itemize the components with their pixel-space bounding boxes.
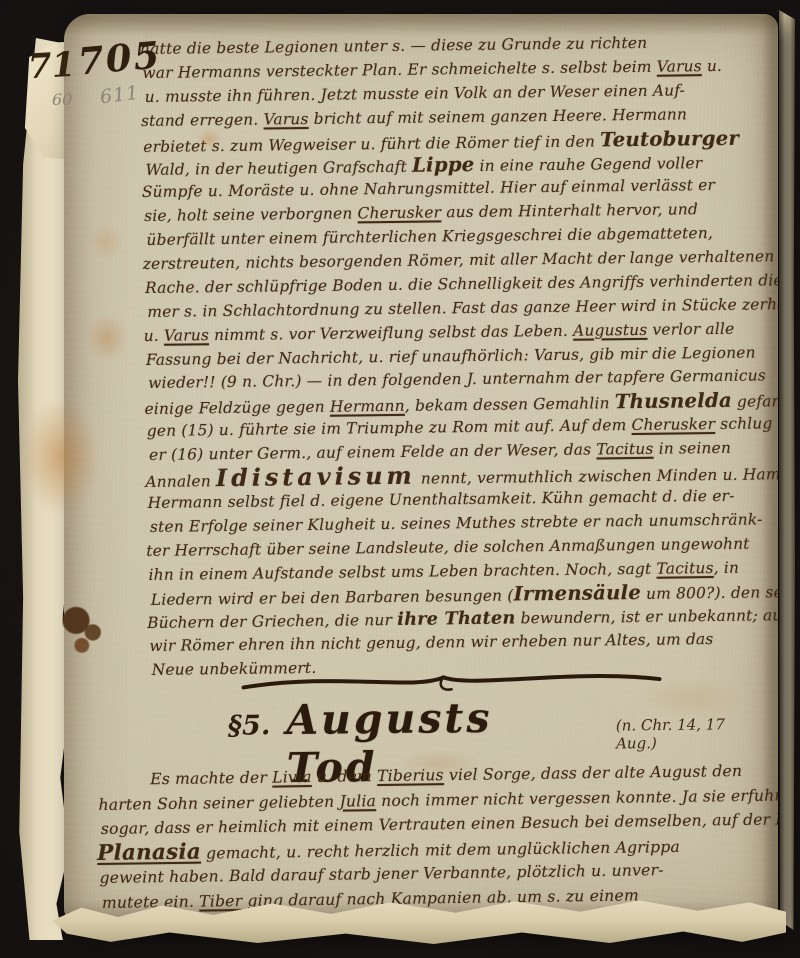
manuscript-line-segment: , in <box>714 558 740 576</box>
next-page-edge-right <box>779 10 795 930</box>
underpage-number-ink: 71 <box>27 45 76 87</box>
manuscript-line-segment: er (16) unter Germ., auf einem Felde an … <box>149 441 596 464</box>
manuscript-line-segment: Tacitus <box>596 440 653 459</box>
manuscript-line-segment: noch immer nicht vergessen konnte. Ja si… <box>376 786 778 810</box>
manuscript-line-segment: Wald, in der heutigen Grafschaft <box>146 158 413 179</box>
manuscript-line-segment: Tiberius <box>377 766 444 785</box>
manuscript-line-segment: Tiber <box>199 891 242 910</box>
photo-background: 71 60 705 611 hatte die beste Legionen u… <box>0 0 800 958</box>
manuscript-line-segment: gefan- <box>732 393 778 412</box>
manuscript-line-segment: Varus <box>657 57 702 76</box>
manuscript-line-segment: Idistavisum <box>216 462 416 492</box>
manuscript-line-segment: um 800?). den sehr <box>641 583 778 603</box>
manuscript-line-segment: hatte die beste Legionen unter s. — dies… <box>140 34 647 58</box>
page-number-pencil: 611 <box>99 82 141 109</box>
manuscript-line-segment: Sümpfe u. Moräste u. ohne Nahrungsmittel… <box>142 176 715 201</box>
manuscript-line-segment: Teutoburger <box>600 125 739 151</box>
manuscript-line-segment: ihn in einem Aufstande selbst ums Leben … <box>148 559 656 583</box>
manuscript-line-segment: viel Sorge, dass der alte August den <box>444 762 743 784</box>
manuscript-page: 705 611 hatte die beste Legionen unter s… <box>64 14 778 926</box>
manuscript-line-segment: in seinen <box>653 439 731 458</box>
manuscript-line-segment: Planasia <box>97 839 201 865</box>
manuscript-line-segment: stand erregen. <box>141 110 264 129</box>
manuscript-line-segment: wir Römer ehren ihn nicht genug, denn wi… <box>149 630 713 655</box>
manuscript-line-segment: in eine rauhe Gegend voller <box>474 155 702 176</box>
manuscript-line-segment: bricht auf mit seinem ganzen Heere. Herm… <box>308 105 687 128</box>
heading-section-number: §5. <box>228 710 271 741</box>
manuscript-line-segment: harten Sohn seiner geliebten <box>98 792 339 813</box>
manuscript-line-segment: ging darauf nach Kampanien ab, um s. zu … <box>242 886 639 910</box>
manuscript-line-segment: zerstreuten, nichts besorgenden Römer, m… <box>143 247 775 273</box>
manuscript-line-segment: Es machte der <box>150 769 272 789</box>
manuscript-line-segment: gen (15) u. führte sie im Triumphe zu Ro… <box>147 416 632 440</box>
manuscript-line-segment: war Hermanns versteckter Plan. Er schmei… <box>142 58 657 82</box>
manuscript-line-segment: u. dem <box>312 767 378 786</box>
manuscript-line-segment: sten Erfolge seiner Klugheit u. seines M… <box>150 510 763 535</box>
underpage-number-pencil: 60 <box>52 90 72 109</box>
manuscript-line-segment: schlug <box>715 415 773 434</box>
manuscript-line-segment: Hermann <box>330 397 405 416</box>
manuscript-line-segment: ihre Thaten <box>397 608 516 630</box>
manuscript-line-segment: Büchern der Griechen, die nur <box>147 611 397 632</box>
manuscript-line-segment: , bekam dessen Gemahlin <box>405 395 615 416</box>
manuscript-line-segment: überfällt unter einem fürchterlichen Kri… <box>146 224 713 249</box>
manuscript-line-segment: Livia <box>272 768 312 787</box>
manuscript-line-segment: Augustus <box>573 321 648 340</box>
manuscript-line-segment: Varus <box>263 110 308 129</box>
manuscript-line-segment: Annalen <box>145 472 216 491</box>
page-number-ink: 705 <box>76 32 163 83</box>
manuscript-main-text: hatte die beste Legionen unter s. — dies… <box>142 30 778 683</box>
manuscript-line-segment: aus dem Hinterhalt hervor, und <box>441 200 698 221</box>
manuscript-line-segment: Hermann selbst fiel d. eigene Unenthalts… <box>148 487 735 512</box>
manuscript-line-segment: Thusnelda <box>615 388 732 413</box>
manuscript-line-segment: nimmt s. vor Verzweiflung selbst das Leb… <box>209 321 573 343</box>
manuscript-line-segment: bewundern, ist er unbekannt; auch <box>515 606 778 627</box>
manuscript-line-segment: Liedern wird er bei den Barbaren besunge… <box>151 587 514 609</box>
manuscript-line-segment: Irmensäule <box>513 580 641 606</box>
manuscript-line-segment: ter Herrschaft über seine Landsleute, di… <box>146 534 750 559</box>
manuscript-line-segment: Fassung bei der Nachricht, u. rief unauf… <box>146 343 756 368</box>
manuscript-line-segment: Cherusker <box>631 415 715 434</box>
manuscript-line-segment: u. musste ihn führen. Jetzt musste ein V… <box>145 81 686 106</box>
manuscript-line-segment: Lippe <box>412 152 475 177</box>
manuscript-line-segment: verlor alle <box>647 319 734 338</box>
heading-date-note: (n. Chr. 14, 17 Aug.) <box>616 715 770 753</box>
manuscript-line-segment: Tacitus <box>656 559 713 578</box>
manuscript-line-segment: Cherusker <box>358 204 442 223</box>
manuscript-line-segment: einige Feldzüge gegen <box>144 398 330 418</box>
manuscript-line-segment: sie, holt seine verborgnen <box>144 205 358 226</box>
manuscript-line-segment: Varus <box>164 326 209 345</box>
manuscript-lower-text: Es machte der Livia u. dem Tiberius viel… <box>98 758 778 915</box>
manuscript-line-segment: u. <box>702 57 723 75</box>
manuscript-line-segment: Julia <box>339 792 376 811</box>
manuscript-line-segment: u. <box>144 326 165 344</box>
